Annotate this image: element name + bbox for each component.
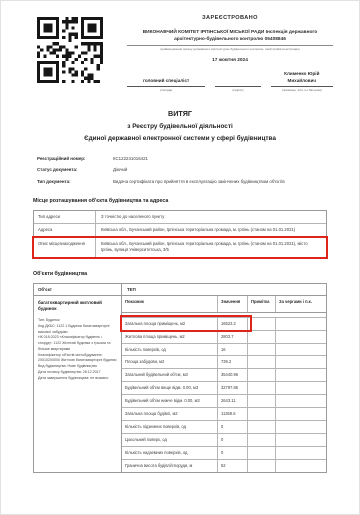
location-heading: Місце розташування об'єкта будівництва т…: [33, 198, 327, 204]
tep-indicator: Площа забудови, м2: [122, 356, 218, 368]
authority-caption: (найменування органу державного архітект…: [127, 47, 333, 51]
objects-table-header: Об'єкт ТЕП: [34, 284, 326, 296]
location-table: Тип адреси З точністю до населеного пунк…: [33, 210, 327, 258]
tep-value: 0: [218, 434, 248, 446]
signature-sign: (підпис): [215, 86, 260, 92]
tep-stage: [276, 356, 326, 368]
title-line2: з Реєстру будівельної діяльності: [1, 121, 359, 133]
tep-stage: [276, 421, 326, 433]
objects-heading: Об'єкти будівництва: [33, 271, 327, 277]
tep-stage: [276, 460, 326, 472]
tep-stage: [276, 395, 326, 407]
name-caption: (прізвище, ім'я, по батькові): [271, 88, 333, 92]
tep-note: [248, 382, 276, 394]
tep-row: Житлова площа приміщень, м2 2803.7: [122, 331, 326, 344]
tep-row: Кількість підземних поверхів, од 0: [122, 421, 326, 434]
tep-stage: [276, 318, 326, 330]
tep-header-row: Показник Значення Примітка За чергами і …: [122, 296, 326, 313]
tep-indicator: Загальна площа будівлі, м2: [122, 408, 218, 420]
tep-note: [248, 331, 276, 343]
tep-row: Гранична висота будівлі/споруди, м 52: [122, 460, 326, 472]
signature-position: головний спеціаліст (посада): [127, 78, 205, 92]
row-label: Опис місцезнаходження: [34, 238, 96, 257]
tep-table: Показник Значення Примітка За чергами і …: [122, 296, 326, 472]
signature-name: Клименко Юрій Михайлович (прізвище, ім'я…: [271, 71, 333, 92]
meta-value: Діючий: [113, 167, 327, 173]
tep-indicator: Гранична висота будівлі/споруди, м: [122, 460, 218, 472]
registration-date: 17 жовтня 2024: [127, 58, 333, 63]
tep-value: 0: [218, 447, 248, 459]
tep-row-highlighted: Загальна площа приміщень, м2 16523.2: [122, 317, 326, 331]
tep-row: Цокольний поверх, од 0: [122, 434, 326, 447]
object-detail: НК 018:2023 «Класифікатор будівель і спо…: [38, 335, 117, 352]
document-title: ВИТЯГ з Реєстру будівельної діяльності Є…: [1, 108, 359, 144]
meta-value: Видача сертифіката про прийняття в експл…: [113, 179, 327, 185]
meta-row-status: Статус документа: Діючий: [37, 167, 327, 173]
tep-indicator: Кількість поверхів, од: [122, 344, 218, 356]
position-text: головний спеціаліст: [127, 78, 205, 86]
table-row: Адреса Київська обл., Бучанський район, …: [34, 224, 326, 238]
objects-section: Об'єкти будівництва Об'єкт ТЕП багатоква…: [33, 271, 327, 473]
tep-stage: [276, 408, 326, 420]
tep-header-value: Значення: [218, 296, 248, 312]
object-detail: Дата завершення будівництва: не вказано: [38, 376, 117, 382]
column-header-object: Об'єкт: [34, 284, 122, 295]
tep-stage: [276, 382, 326, 394]
tep-note: [248, 447, 276, 459]
tep-value: 2643.11: [218, 395, 248, 407]
tep-value: 16: [218, 344, 248, 356]
signature-row: головний спеціаліст (посада) (підпис) Кл…: [127, 71, 333, 92]
registration-header: ЗАРЕЄСТРОВАНО ВИКОНАВЧИЙ КОМІТЕТ ІРПІНСЬ…: [1, 1, 359, 92]
tep-indicator: Будівельний об'єм нижче відм. 0.00, м3: [122, 395, 218, 407]
meta-value: КС122241016421: [113, 156, 327, 162]
tep-note: [248, 395, 276, 407]
qr-code-icon: [37, 17, 103, 83]
tep-value: 739.2: [218, 356, 248, 368]
tep-value: 32797.85: [218, 382, 248, 394]
title-line3: Єдиної державної електронної системи у с…: [1, 133, 359, 145]
meta-row-registration-number: Реєстраційний номер: КС122241016421: [37, 156, 327, 162]
tep-stage: [276, 447, 326, 459]
row-value: Київська обл., Бучанський район, Ірпінсь…: [96, 238, 326, 257]
tep-stage: [276, 434, 326, 446]
tep-note: [248, 344, 276, 356]
tep-row: Будівельний об'єм вище відм. 0.00, м3 32…: [122, 382, 326, 395]
object-title: багатоквартирний житловий будинок: [38, 300, 117, 314]
tep-stage: [276, 331, 326, 343]
tep-row: Кількість поверхів, од 16: [122, 344, 326, 357]
row-label: Тип адреси: [34, 211, 96, 224]
tep-stage: [276, 344, 326, 356]
tep-indicator: Загальна площа приміщень, м2: [122, 318, 218, 330]
tep-indicator: Будівельний об'єм вище відм. 0.00, м3: [122, 382, 218, 394]
tep-header-stage: За чергами і п.к.: [276, 296, 326, 312]
tep-value: 35440.96: [218, 369, 248, 381]
tep-note: [248, 369, 276, 381]
object-detail: Класифікатор об'єктів містобудування: 20…: [38, 353, 117, 365]
document-meta: Реєстраційний номер: КС122241016421 Стат…: [37, 156, 327, 184]
object-detail: Код ДКБС: 1122.1 Будинки багатоквартирні…: [38, 324, 117, 336]
tep-value: 16523.2: [218, 318, 248, 330]
objects-table: Об'єкт ТЕП багатоквартирний житловий буд…: [33, 283, 327, 473]
location-section: Місце розташування об'єкта будівництва т…: [33, 198, 327, 258]
row-label: Адреса: [34, 224, 96, 237]
sign-caption: (підпис): [215, 88, 260, 92]
tep-value: 2803.7: [218, 331, 248, 343]
tep-note: [248, 421, 276, 433]
meta-label: Реєстраційний номер:: [37, 156, 113, 162]
tep-indicator: Загальний будівельний об'єм, м3: [122, 369, 218, 381]
tep-row: Площа забудови, м2 739.2: [122, 356, 326, 369]
tep-value: 11369.6: [218, 408, 248, 420]
tep-indicator: Кількість підземних поверхів, од: [122, 421, 218, 433]
object-cell: багатоквартирний житловий будинок Тип: Б…: [34, 296, 122, 472]
tep-header-note: Примітка: [248, 296, 276, 312]
tep-note: [248, 434, 276, 446]
title-line1: ВИТЯГ: [1, 108, 359, 121]
objects-table-body: багатоквартирний житловий будинок Тип: Б…: [34, 296, 326, 472]
tep-indicator: Цокольний поверх, од: [122, 434, 218, 446]
meta-row-doc-type: Тип документа: Видача сертифіката про пр…: [37, 179, 327, 185]
registered-stamp: ЗАРЕЄСТРОВАНО: [127, 15, 333, 21]
signature-line: [127, 86, 205, 87]
tep-indicator: Житлова площа приміщень, м2: [122, 331, 218, 343]
tep-indicator: Кількість надземних поверхів, од: [122, 447, 218, 459]
registration-block: ЗАРЕЄСТРОВАНО ВИКОНАВЧИЙ КОМІТЕТ ІРПІНСЬ…: [127, 15, 333, 92]
meta-label: Тип документа:: [37, 179, 113, 185]
row-value: З точністю до населеного пункту: [96, 211, 326, 224]
position-caption: (посада): [127, 88, 205, 92]
table-row-highlighted: Опис місцезнаходження Київська обл., Буч…: [34, 238, 326, 257]
authority-rule: [127, 45, 333, 46]
tep-row: Кількість надземних поверхів, од 0: [122, 447, 326, 460]
tep-stage: [276, 369, 326, 381]
tep-value: 0: [218, 421, 248, 433]
signature-line: [215, 86, 260, 87]
tep-note: [248, 408, 276, 420]
column-header-tep: ТЕП: [122, 284, 326, 295]
tep-note: [248, 318, 276, 330]
row-value: Київська обл., Бучанський район, Ірпінсь…: [96, 224, 326, 237]
tep-value: 52: [218, 460, 248, 472]
meta-label: Статус документа:: [37, 167, 113, 173]
signature-line: [271, 86, 333, 87]
name-text: Клименко Юрій Михайлович: [271, 71, 333, 86]
tep-row: Будівельний об'єм нижче відм. 0.00, м3 2…: [122, 395, 326, 408]
table-row: Тип адреси З точністю до населеного пунк…: [34, 211, 326, 225]
tep-note: [248, 460, 276, 472]
tep-note: [248, 356, 276, 368]
authority-name: ВИКОНАВЧИЙ КОМІТЕТ ІРПІНСЬКОЇ МІСЬКОЇ РА…: [127, 29, 333, 43]
document-page: ЗАРЕЄСТРОВАНО ВИКОНАВЧИЙ КОМІТЕТ ІРПІНСЬ…: [0, 0, 360, 515]
tep-header-indicator: Показник: [122, 296, 218, 312]
tep-row: Загальний будівельний об'єм, м3 35440.96: [122, 369, 326, 382]
tep-row: Загальна площа будівлі, м2 11369.6: [122, 408, 326, 421]
